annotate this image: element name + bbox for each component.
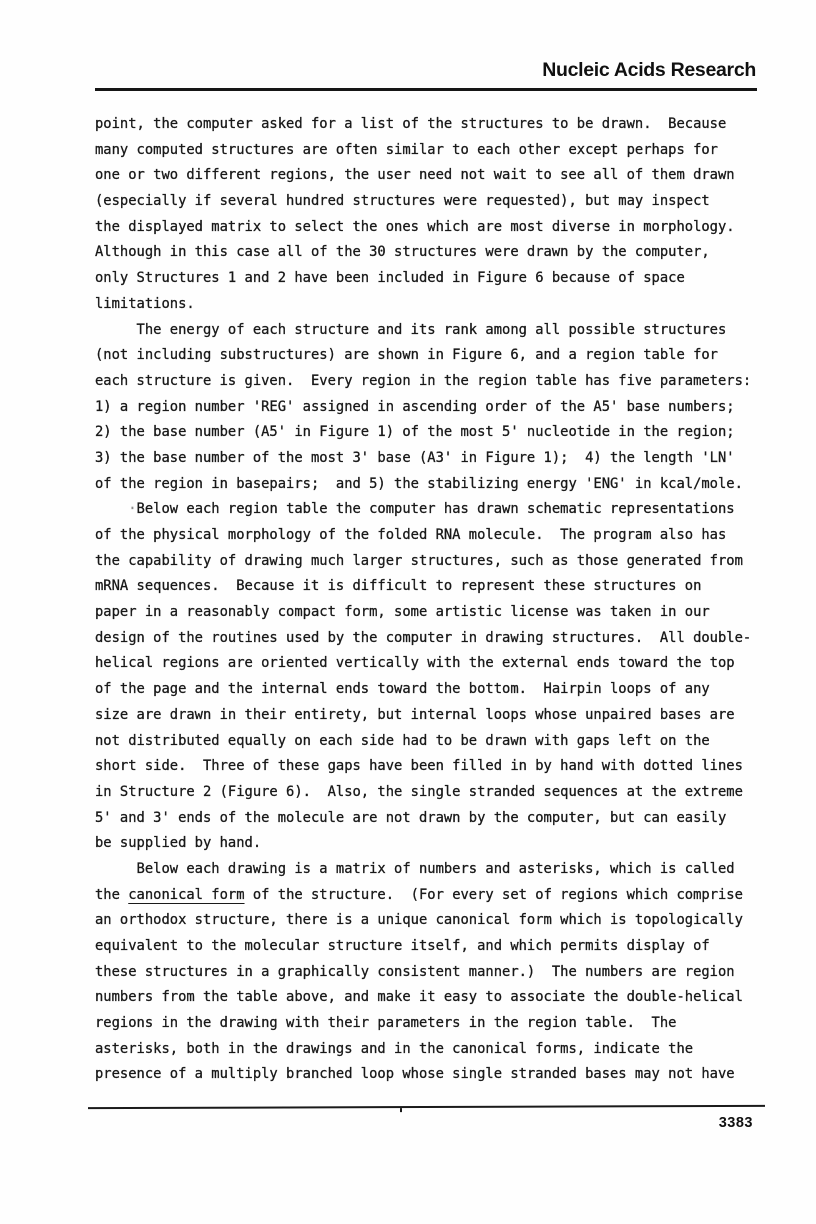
text-segment: only Structures 1 and 2 have been includ… (95, 270, 685, 286)
text-line: helical regions are oriented vertically … (95, 651, 775, 677)
text-line: only Structures 1 and 2 have been includ… (95, 266, 775, 292)
text-line: (especially if several hundred structure… (95, 189, 775, 215)
text-segment: Although in this case all of the 30 stru… (95, 244, 710, 260)
text-segment: point, the computer asked for a list of … (95, 116, 726, 132)
footer-rule (88, 1105, 765, 1110)
text-segment: short side. Three of these gaps have bee… (95, 758, 743, 774)
footer-rule-tick (400, 1108, 402, 1112)
text-segment: equivalent to the molecular structure it… (95, 938, 710, 954)
text-line: equivalent to the molecular structure it… (95, 934, 775, 960)
text-segment: presence of a multiply branched loop who… (95, 1066, 735, 1082)
text-line: size are drawn in their entirety, but in… (95, 703, 775, 729)
text-line: numbers from the table above, and make i… (95, 985, 775, 1011)
text-segment (95, 501, 128, 517)
text-line: presence of a multiply branched loop who… (95, 1062, 775, 1088)
text-segment: · (128, 501, 136, 517)
text-segment: (especially if several hundred structure… (95, 193, 710, 209)
text-line: an orthodox structure, there is a unique… (95, 908, 775, 934)
text-line: the capability of drawing much larger st… (95, 549, 775, 575)
text-line: of the physical morphology of the folded… (95, 523, 775, 549)
text-line: in Structure 2 (Figure 6). Also, the sin… (95, 780, 775, 806)
text-line: each structure is given. Every region in… (95, 369, 775, 395)
text-segment: these structures in a graphically consis… (95, 964, 735, 980)
text-line: design of the routines used by the compu… (95, 626, 775, 652)
text-segment: paper in a reasonably compact form, some… (95, 604, 710, 620)
text-segment: one or two different regions, the user n… (95, 167, 735, 183)
text-segment: be supplied by hand. (95, 835, 261, 851)
text-line: be supplied by hand. (95, 831, 775, 857)
text-segment: Below each region table the computer has… (137, 501, 735, 517)
text-line: short side. Three of these gaps have bee… (95, 754, 775, 780)
text-line: asterisks, both in the drawings and in t… (95, 1037, 775, 1063)
text-segment: numbers from the table above, and make i… (95, 989, 743, 1005)
text-line: paper in a reasonably compact form, some… (95, 600, 775, 626)
text-segment: an orthodox structure, there is a unique… (95, 912, 743, 928)
text-line: of the page and the internal ends toward… (95, 677, 775, 703)
text-line: these structures in a graphically consis… (95, 960, 775, 986)
text-segment: The energy of each structure and its ran… (95, 322, 726, 338)
text-line: 2) the base number (A5' in Figure 1) of … (95, 420, 775, 446)
text-segment: each structure is given. Every region in… (95, 373, 751, 389)
text-segment: helical regions are oriented vertically … (95, 655, 735, 671)
text-segment: size are drawn in their entirety, but in… (95, 707, 735, 723)
text-segment: design of the routines used by the compu… (95, 630, 751, 646)
text-segment: 5' and 3' ends of the molecule are not d… (95, 810, 726, 826)
text-segment: 2) the base number (A5' in Figure 1) of … (95, 424, 735, 440)
text-segment: Below each drawing is a matrix of number… (95, 861, 735, 877)
text-line: mRNA sequences. Because it is difficult … (95, 574, 775, 600)
text-line: 5' and 3' ends of the molecule are not d… (95, 806, 775, 832)
text-segment: 1) a region number 'REG' assigned in asc… (95, 399, 735, 415)
text-line: of the region in basepairs; and 5) the s… (95, 472, 775, 498)
text-segment: of the physical morphology of the folded… (95, 527, 726, 543)
text-segment: of the page and the internal ends toward… (95, 681, 710, 697)
text-segment: the (95, 887, 128, 903)
header-rule (95, 88, 757, 91)
text-line: The energy of each structure and its ran… (95, 318, 775, 344)
text-segment: of the structure. (For every set of regi… (245, 887, 743, 903)
text-segment: canonical form (128, 887, 244, 903)
text-segment: 3) the base number of the most 3' base (… (95, 450, 735, 466)
text-line: Although in this case all of the 30 stru… (95, 240, 775, 266)
text-line: not distributed equally on each side had… (95, 729, 775, 755)
text-segment: of the region in basepairs; and 5) the s… (95, 476, 743, 492)
text-segment: not distributed equally on each side had… (95, 733, 710, 749)
text-line: Below each drawing is a matrix of number… (95, 857, 775, 883)
text-line: 3) the base number of the most 3' base (… (95, 446, 775, 472)
body-text: point, the computer asked for a list of … (95, 112, 775, 1088)
text-segment: mRNA sequences. Because it is difficult … (95, 578, 701, 594)
page-number: 3383 (719, 1115, 753, 1131)
text-segment: limitations. (95, 296, 195, 312)
text-line: the displayed matrix to select the ones … (95, 215, 775, 241)
text-line: point, the computer asked for a list of … (95, 112, 775, 138)
text-segment: many computed structures are often simil… (95, 142, 718, 158)
text-line: the canonical form of the structure. (Fo… (95, 883, 775, 909)
text-line: regions in the drawing with their parame… (95, 1011, 775, 1037)
text-segment: regions in the drawing with their parame… (95, 1015, 676, 1031)
journal-title: Nucleic Acids Research (542, 59, 756, 82)
text-line: ·Below each region table the computer ha… (95, 497, 775, 523)
scanned-paper-page: Nucleic Acids Research point, the comput… (0, 0, 816, 1224)
text-line: one or two different regions, the user n… (95, 163, 775, 189)
text-segment: the displayed matrix to select the ones … (95, 219, 735, 235)
text-segment: the capability of drawing much larger st… (95, 553, 743, 569)
text-line: (not including substructures) are shown … (95, 343, 775, 369)
text-line: limitations. (95, 292, 775, 318)
text-line: 1) a region number 'REG' assigned in asc… (95, 395, 775, 421)
text-line: many computed structures are often simil… (95, 138, 775, 164)
text-segment: in Structure 2 (Figure 6). Also, the sin… (95, 784, 743, 800)
text-segment: asterisks, both in the drawings and in t… (95, 1041, 693, 1057)
text-segment: (not including substructures) are shown … (95, 347, 718, 363)
